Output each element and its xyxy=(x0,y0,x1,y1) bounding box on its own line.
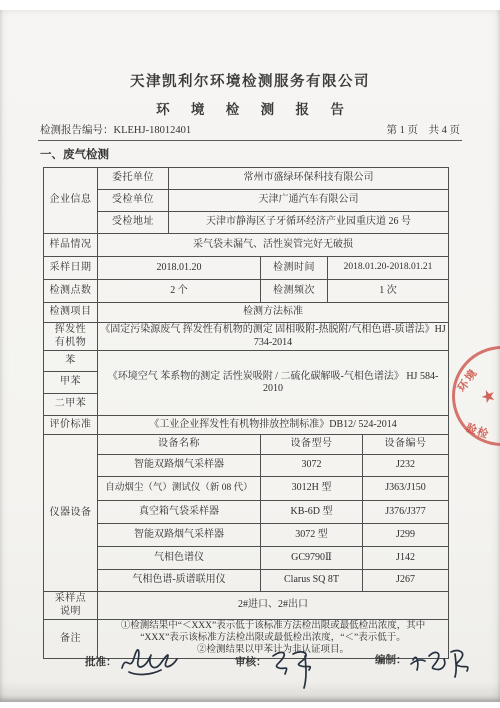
report-table: 企业信息 委托单位 常州市盛绿环保科技有限公司 受检单位 天津广通汽车有限公司 … xyxy=(43,167,449,659)
header-rule xyxy=(38,140,462,141)
table-row: 真空箱气袋采样器 KB-6D 型 J376/J377 xyxy=(44,501,449,524)
table-row: 样品情况 采气袋未漏气、活性炭管完好无破损 xyxy=(44,234,449,257)
report-number: 检测报告编号：KLEHJ-18012401 xyxy=(40,122,191,137)
test-frequency-label: 检测频次 xyxy=(261,280,328,303)
test-points-label: 检测点数 xyxy=(44,280,98,303)
equipment-number: J232 xyxy=(363,455,449,477)
prepare-label: 编制： xyxy=(375,644,407,667)
sampling-point-value: 2#进口、2#出口 xyxy=(98,592,449,620)
approval-signature xyxy=(117,646,181,680)
stamp-star-icon: ★ xyxy=(478,385,500,409)
inspected-unit-value: 天津广通汽车有限公司 xyxy=(169,190,449,212)
table-row: 仪器设备 设备名称 设备型号 设备编号 xyxy=(44,435,449,455)
equipment-model: KB-6D 型 xyxy=(261,501,363,524)
report-title: 环 境 检 测 报 告 xyxy=(0,98,500,118)
red-seal-stamp: 环境 ★ 验检 xyxy=(446,340,500,453)
equipment-number: J363/J150 xyxy=(363,477,449,501)
toluene-label: 甲苯 xyxy=(44,372,98,394)
review-label: 审核： xyxy=(235,646,267,669)
equipment-number: J142 xyxy=(363,547,449,570)
sampling-point-label: 采样点说明 xyxy=(44,592,98,620)
table-row: 挥发性有机物 《固定污染源废气 挥发性有机物的测定 固相吸附-热脱附/气相色谱-… xyxy=(44,323,449,351)
inspected-address-label: 受检地址 xyxy=(98,212,169,234)
table-row: 气相色谱-质谱联用仪 Clarus SQ 8T J267 xyxy=(44,570,449,592)
equipment-name: 智能双路烟气采样器 xyxy=(98,455,261,477)
approval-label: 批准： xyxy=(85,646,117,669)
benzene-method: 《环境空气 苯系物的测定 活性炭吸附 / 二硫化碳解吸-气相色谱法》 HJ 58… xyxy=(98,351,449,416)
table-row: 智能双路烟气采样器 3072 型 J299 xyxy=(44,524,449,547)
equipment-model: 3072 xyxy=(261,455,363,477)
table-row: 采样日期 2018.01.20 检测时间 2018.01.20-2018.01.… xyxy=(44,257,449,280)
section-title: 一、废气检测 xyxy=(40,146,109,162)
prepare-block: 编制： xyxy=(375,644,473,680)
xylene-label: 二甲苯 xyxy=(44,394,98,416)
table-row: 自动烟尘（气）测试仪（新 08 代） 3012H 型 J363/J150 xyxy=(44,477,449,501)
page-indicator: 第 1 页 共 4 页 xyxy=(387,122,461,137)
equipment-number: J376/J377 xyxy=(363,501,449,524)
test-points-value: 2 个 xyxy=(98,280,261,303)
equipment-number-header: 设备编号 xyxy=(363,435,449,455)
equipment-name-header: 设备名称 xyxy=(98,435,261,455)
equipment-model: 3072 型 xyxy=(261,524,363,547)
approval-block: 批准： xyxy=(85,646,181,680)
table-row: 检测项目 检测方法标准 xyxy=(44,303,449,323)
equipment-model: 3012H 型 xyxy=(261,477,363,501)
equipment-model: GC9790Ⅱ xyxy=(261,547,363,570)
sampling-date-label: 采样日期 xyxy=(44,257,98,280)
review-signature xyxy=(267,646,319,690)
scanned-report-page: 天津凯利尔环境检测服务有限公司 环 境 检 测 报 告 检测报告编号：KLEHJ… xyxy=(0,10,500,702)
equipment-name: 真空箱气袋采样器 xyxy=(98,501,261,524)
signature-row: 批准： 审核： 编制： xyxy=(0,644,500,702)
sample-condition-label: 样品情况 xyxy=(44,234,98,257)
equipment-name: 自动烟尘（气）测试仪（新 08 代） xyxy=(98,477,261,501)
test-frequency-value: 1 次 xyxy=(328,280,449,303)
equipment-label: 仪器设备 xyxy=(44,435,98,592)
table-row: 检测点数 2 个 检测频次 1 次 xyxy=(44,280,449,303)
sample-condition-value: 采气袋未漏气、活性炭管完好无破损 xyxy=(98,234,449,257)
equipment-number: J267 xyxy=(363,570,449,592)
table-row: 气相色谱仪 GC9790Ⅱ J142 xyxy=(44,547,449,570)
evaluation-standard-value: 《工业企业挥发性有机物排放控制标准》DB12/ 524-2014 xyxy=(98,416,449,435)
client-unit-label: 委托单位 xyxy=(98,168,169,190)
table-row: 智能双路烟气采样器 3072 J232 xyxy=(44,455,449,477)
test-items-label: 检测项目 xyxy=(44,303,98,323)
table-row: 评价标准 《工业企业挥发性有机物排放控制标准》DB12/ 524-2014 xyxy=(44,416,449,435)
review-block: 审核： xyxy=(235,646,319,690)
company-info-label: 企业信息 xyxy=(44,168,98,234)
voc-label: 挥发性有机物 xyxy=(44,323,98,351)
table-row: 企业信息 委托单位 常州市盛绿环保科技有限公司 xyxy=(44,168,449,190)
table-row: 受检单位 天津广通汽车有限公司 xyxy=(44,190,449,212)
evaluation-standard-label: 评价标准 xyxy=(44,416,98,435)
stamp-text-bottom: 验检 xyxy=(464,419,492,442)
test-time-label: 检测时间 xyxy=(261,257,328,280)
sampling-date-value: 2018.01.20 xyxy=(98,257,261,280)
equipment-model: Clarus SQ 8T xyxy=(261,570,363,592)
equipment-name: 气相色谱仪 xyxy=(98,547,261,570)
table-row: 采样点说明 2#进口、2#出口 xyxy=(44,592,449,620)
method-standard-header: 检测方法标准 xyxy=(98,303,449,323)
client-unit-value: 常州市盛绿环保科技有限公司 xyxy=(169,168,449,190)
equipment-name: 智能双路烟气采样器 xyxy=(98,524,261,547)
equipment-name: 气相色谱-质谱联用仪 xyxy=(98,570,261,592)
inspected-unit-label: 受检单位 xyxy=(98,190,169,212)
table-row: 苯 《环境空气 苯系物的测定 活性炭吸附 / 二硫化碳解吸-气相色谱法》 HJ … xyxy=(44,351,449,372)
voc-method: 《固定污染源废气 挥发性有机物的测定 固相吸附-热脱附/气相色谱-质谱法》HJ … xyxy=(98,323,449,351)
table-row: 受检地址 天津市静海区子牙循环经济产业园重庆道 26 号 xyxy=(44,212,449,234)
benzene-label: 苯 xyxy=(44,351,98,372)
company-title: 天津凯利尔环境检测服务有限公司 xyxy=(0,70,500,91)
report-meta-row: 检测报告编号：KLEHJ-18012401 第 1 页 共 4 页 xyxy=(40,122,460,137)
equipment-model-header: 设备型号 xyxy=(261,435,363,455)
inspected-address-value: 天津市静海区子牙循环经济产业园重庆道 26 号 xyxy=(169,212,449,234)
prepare-signature xyxy=(407,644,473,680)
equipment-number: J299 xyxy=(363,524,449,547)
test-time-value: 2018.01.20-2018.01.21 xyxy=(328,257,449,280)
